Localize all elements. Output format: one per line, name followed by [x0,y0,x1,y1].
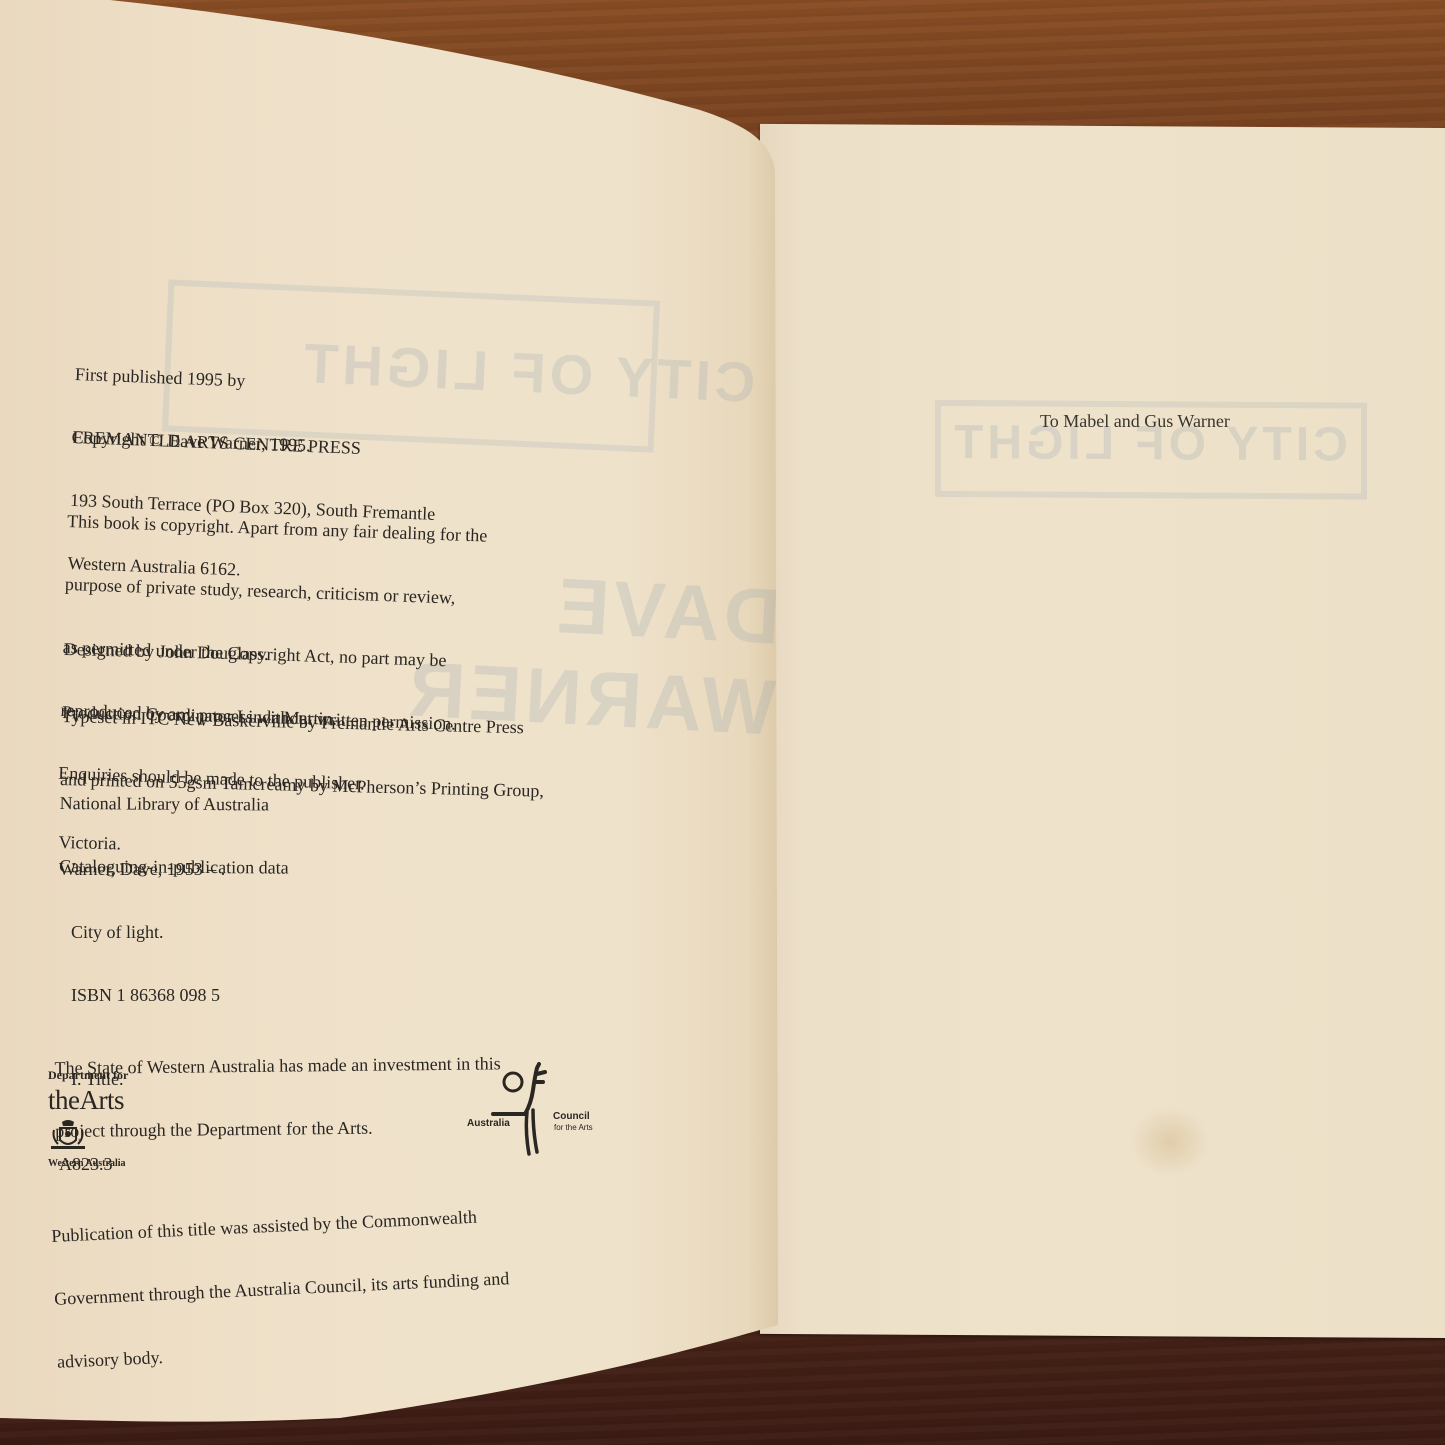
commonwealth-line: Government through the Australia Council… [54,1268,510,1310]
cip-title: City of light. [59,922,225,943]
council-logo-subtext: for the Arts [554,1123,593,1132]
typeset-line: Typeset in ITC New Baskerville by Freman… [61,706,545,739]
cip-heading-line: National Library of Australia [60,793,290,816]
right-page: CITY OF LIGHT [760,124,1445,1338]
council-logo-left-text: Australia [467,1118,510,1129]
paper-stain [1130,1106,1210,1176]
commonwealth-line: advisory body. [57,1331,513,1373]
commonwealth-block: Publication of this title was assisted b… [49,1163,513,1393]
cip-isbn: ISBN 1 86368 098 5 [59,985,225,1006]
dedication-text: To Mabel and Gus Warner [1040,411,1230,432]
kangaroo-figure-icon [465,1062,615,1157]
cip-author: Warner, Dave, 1953 – . [59,859,225,880]
dept-logo-line3: Western Australia [48,1158,128,1169]
publisher-line: First published 1995 by [75,364,441,399]
commonwealth-line: Publication of this title was assisted b… [51,1205,507,1247]
rights-line: This book is copyright. Apart from any f… [67,511,488,547]
department-for-the-arts-logo: Department for theArts Western Australia [48,1068,128,1169]
council-logo-right-text: Council [553,1112,590,1122]
dept-logo-line2: theArts [48,1085,128,1116]
wa-coat-of-arms-icon [48,1118,88,1154]
australia-council-logo: Australia Council for the Arts [465,1062,615,1157]
dept-logo-line1: Department for [48,1068,128,1083]
designer-credit: Designed by John Douglass. [63,639,338,667]
